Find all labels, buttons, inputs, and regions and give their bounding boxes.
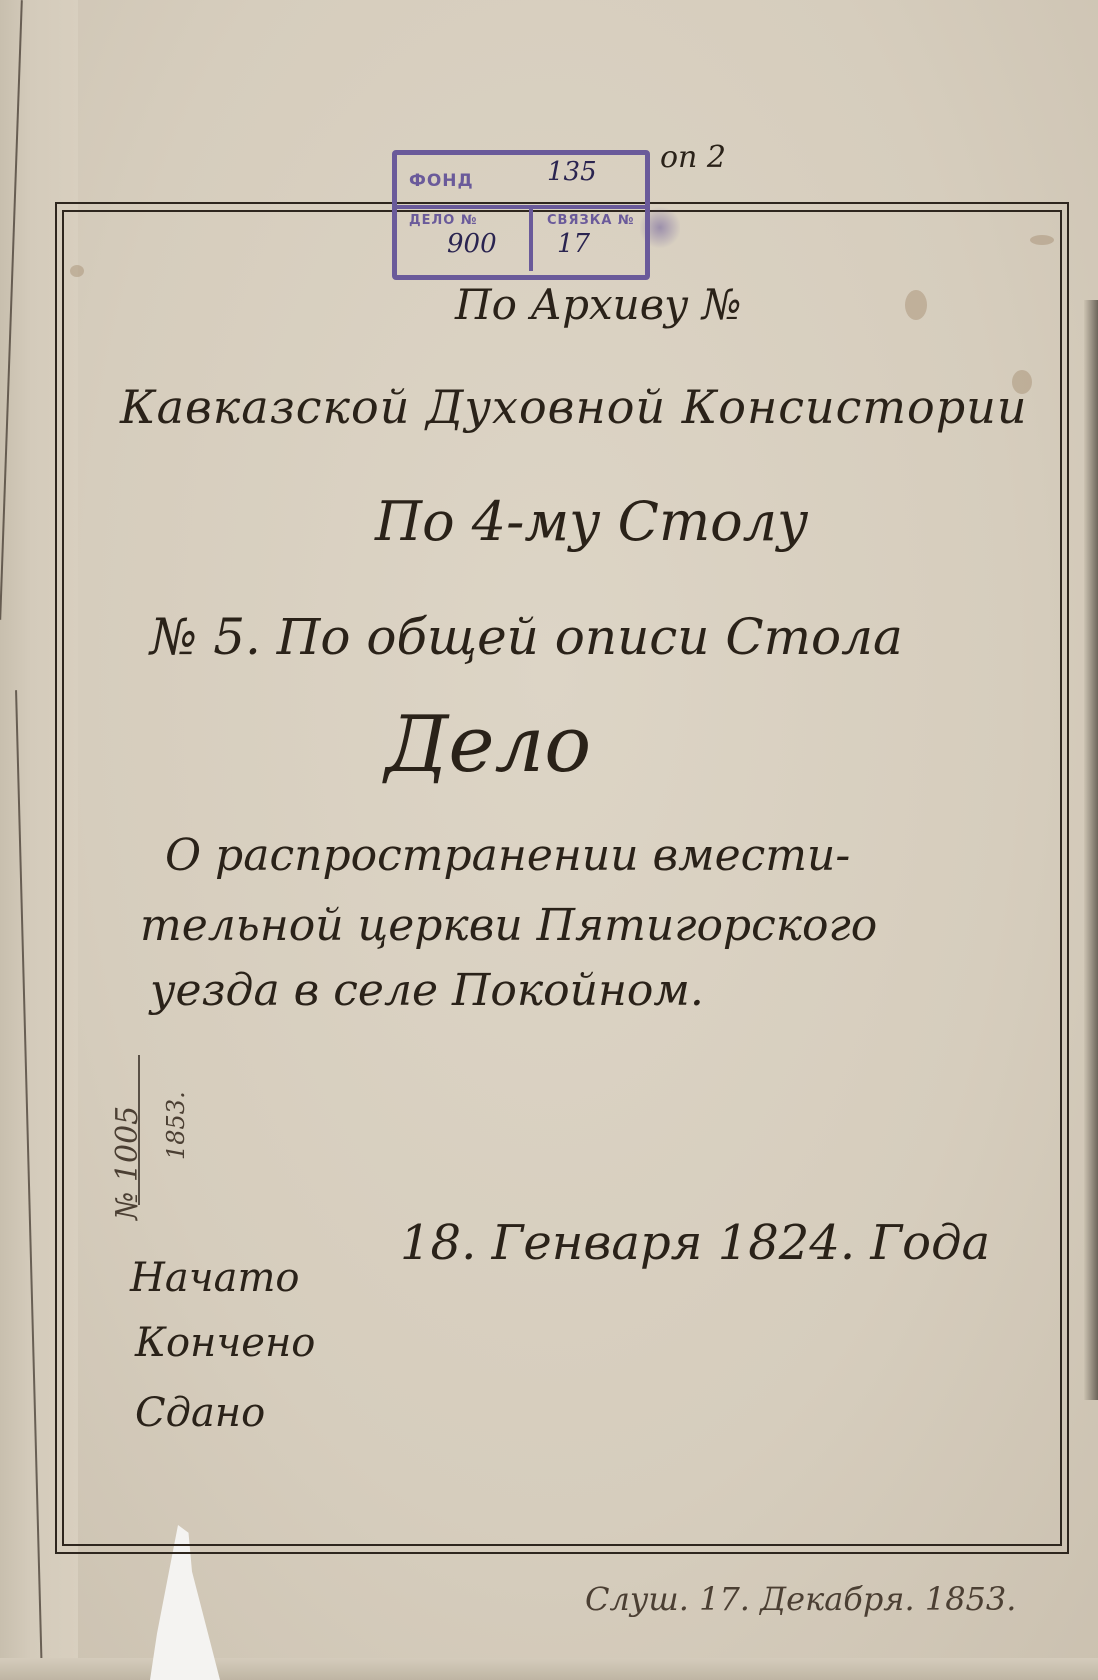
stamp-svyazka-label: СВЯЗКА № (547, 213, 635, 228)
subject-line-2: тельной церкви Пятигорского (140, 900, 877, 951)
started-date: 18. Генваря 1824. Года (400, 1215, 990, 1271)
institution-name: Кавказской Духовной Консистории (120, 380, 1027, 434)
ended-label: Кончено (135, 1320, 315, 1366)
stamp-fond-label: ФОНД (409, 171, 474, 191)
stamp-divider (529, 209, 533, 271)
desk-number-line: № 5. По общей описи Стола (150, 608, 903, 666)
footer-hearing-note: Слуш. 17. Декабря. 1853. (585, 1580, 1016, 1618)
margin-rule (138, 1055, 140, 1205)
document-page: ФОНД 135 ДЕЛО № 900 СВЯЗКА № 17 оп 2 По … (0, 0, 1098, 1680)
stamp-svyazka-value: 17 (557, 229, 590, 259)
desk-line: По 4-му Столу (375, 490, 808, 553)
stamp-delo-value: 900 (447, 229, 497, 259)
stamp-fond-row: ФОНД 135 (397, 155, 645, 209)
subject-line-3: уезда в селе Покойном. (150, 965, 704, 1016)
delivered-label: Сдано (135, 1390, 265, 1436)
stamp-fond-value: 135 (547, 157, 597, 187)
right-edge-shadow (1084, 300, 1098, 1400)
stamp-delo-label: ДЕЛО № (409, 213, 477, 228)
margin-note-year: 1853. (162, 1091, 190, 1160)
started-label: Начато (130, 1255, 299, 1301)
subject-line-1: О распространении вмести- (165, 830, 850, 881)
document-title: Дело (385, 700, 591, 790)
archive-line: По Архиву № (455, 280, 742, 329)
stamp-ink-smudge (640, 205, 680, 250)
archive-stamp: ФОНД 135 ДЕЛО № 900 СВЯЗКА № 17 (392, 150, 650, 280)
opis-note: оп 2 (660, 140, 726, 175)
